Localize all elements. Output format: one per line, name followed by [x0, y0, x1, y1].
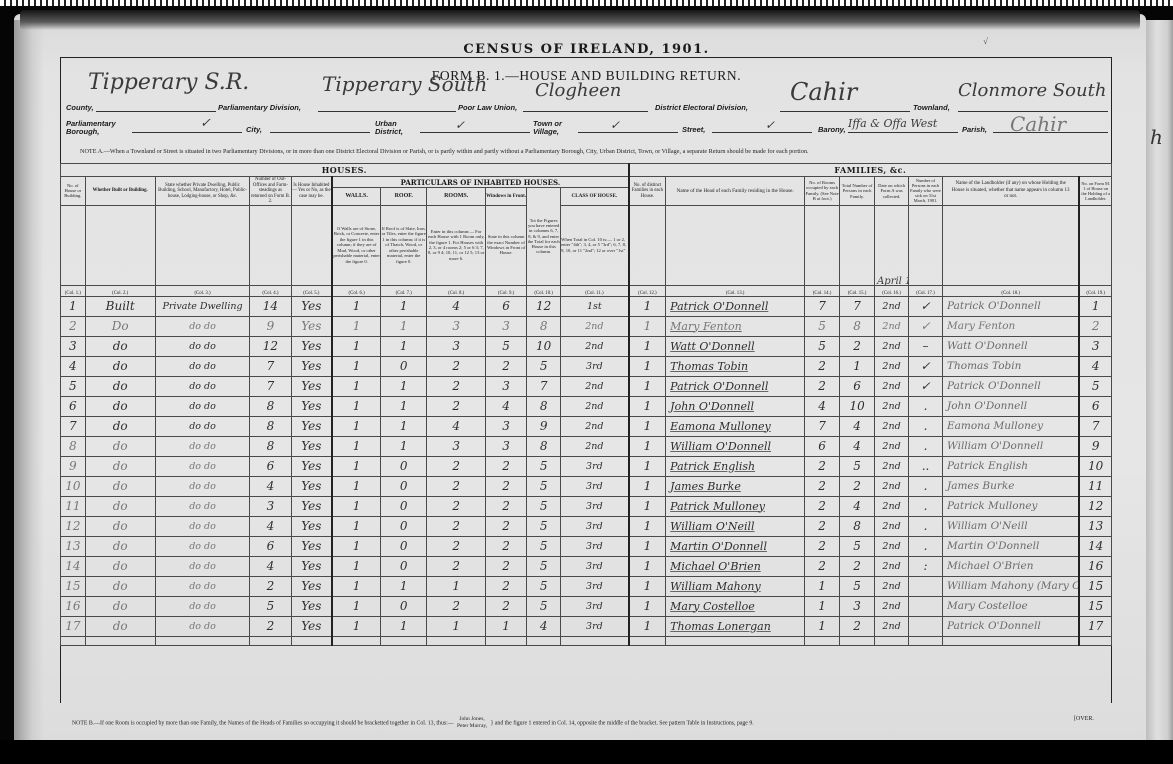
table-row: 15dodo do2Yes111253rd1William Mahony152n…: [61, 576, 1112, 596]
cell-no: 5: [61, 376, 86, 396]
cell-offices: 8: [250, 396, 291, 416]
cell-head: Patrick O'Donnell: [666, 376, 805, 396]
cell-windows: 4: [486, 396, 527, 416]
cell-head: Mary Fenton: [666, 316, 805, 336]
cell-families: 1: [629, 496, 666, 516]
note-b: NOTE B.—If one Room is occupied by more …: [72, 716, 754, 730]
cell-date: 2nd: [875, 576, 909, 596]
street-value: ✓: [765, 118, 775, 132]
cell-inhabited: Yes: [291, 416, 332, 436]
note-a: NOTE A.—When a Townland or Street is sit…: [80, 148, 809, 155]
cell-date: 2nd: [875, 376, 909, 396]
cell-date: 2nd: [875, 336, 909, 356]
cell-roof: 0: [381, 456, 427, 476]
cell-form-m: 7: [1079, 416, 1111, 436]
col-number-3: (Col. 3.): [155, 285, 250, 296]
col1-desc: No. of House or Building.: [61, 177, 86, 206]
top-shadow: [20, 10, 1140, 30]
table-row: 17dodo do2Yes111143rd1Thomas Lonergan122…: [61, 616, 1112, 636]
parish-value: Cahir: [1010, 112, 1066, 136]
townland-label: Townland,: [913, 104, 950, 112]
cell-state: do do: [155, 396, 250, 416]
cell-form-m: 16: [1079, 556, 1111, 576]
cell-head: William O'Neill: [666, 516, 805, 536]
empty-cell: [291, 636, 332, 645]
cell-date: 2nd: [875, 556, 909, 576]
cell-walls: 1: [332, 576, 380, 596]
cell-total: 5: [527, 476, 561, 496]
cell-head: Thomas Tobin: [666, 356, 805, 376]
empty-cell: [840, 636, 875, 645]
cell-date: 2nd: [875, 616, 909, 636]
col14-desc: No. of Rooms occupied by each Family. (S…: [805, 177, 840, 206]
cell-landholder: Eamona Mulloney: [942, 416, 1079, 436]
cell-landholder: Watt O'Donnell: [942, 336, 1079, 356]
col-number-9: (Col. 9.): [486, 285, 527, 296]
census-table: HOUSES. FAMILIES, &c. No. of House or Bu…: [60, 163, 1112, 646]
poor-law-union-label: Poor Law Union,: [458, 104, 517, 112]
col17-spacer: [909, 205, 943, 285]
empty-cell: [942, 636, 1079, 645]
ded-label: District Electoral Division,: [655, 104, 748, 112]
barony-value: Iffa & Offa West: [848, 117, 937, 130]
cell-built: do: [85, 436, 155, 456]
col3-spacer: [155, 205, 250, 285]
cell-head: Eamona Mulloney: [666, 416, 805, 436]
empty-cell: [61, 636, 86, 645]
cell-inhabited: Yes: [291, 556, 332, 576]
col2-spacer: [85, 205, 155, 285]
ded-line: [780, 111, 910, 112]
cell-head: Mary Costelloe: [666, 596, 805, 616]
col15-desc: Total Number of Persons in each Family.: [840, 177, 875, 206]
cell-roof: 1: [381, 396, 427, 416]
col9-desc: State in this column the exact Number of…: [486, 205, 527, 285]
col-number-7: (Col. 7.): [381, 285, 427, 296]
col13-desc: Name of the Head of each Family residing…: [666, 177, 805, 206]
cell-inhabited: Yes: [291, 436, 332, 456]
cell-persons: 5: [840, 456, 875, 476]
cell-sick: .: [909, 416, 943, 436]
cell-walls: 1: [332, 556, 380, 576]
cell-persons: 8: [840, 316, 875, 336]
cell-families: 1: [629, 316, 666, 336]
cell-walls: 1: [332, 356, 380, 376]
street-line: [712, 132, 812, 133]
col-number-4: (Col. 4.): [250, 285, 291, 296]
cell-rooms: 2: [427, 556, 486, 576]
cell-date: 2nd: [875, 356, 909, 376]
cell-offices: 2: [250, 576, 291, 596]
cell-date: 2nd: [875, 596, 909, 616]
cell-no: 8: [61, 436, 86, 456]
cell-form-m: 15: [1079, 596, 1111, 616]
col-number-13: (Col. 13.): [666, 285, 805, 296]
cell-no: 17: [61, 616, 86, 636]
cell-persons: 2: [840, 336, 875, 356]
cell-landholder: Mary Fenton: [942, 316, 1079, 336]
cell-date: 2nd: [875, 316, 909, 336]
cell-date: 2nd: [875, 456, 909, 476]
cell-state: do do: [155, 456, 250, 476]
cell-roof: 1: [381, 436, 427, 456]
table-row: 13dodo do6Yes102253rd1Martin O'Donnell25…: [61, 536, 1112, 556]
col-number-1: (Col. 1.): [61, 285, 86, 296]
cell-windows: 3: [486, 376, 527, 396]
cell-landholder: William Mahony (Mary Costelloe): [942, 576, 1079, 596]
col-number-11: (Col. 11.): [561, 285, 629, 296]
col18-desc: Name of the Landholder (if any) on whose…: [942, 177, 1079, 206]
col-number-17: (Col. 17.): [909, 285, 943, 296]
town-village-line: [578, 132, 678, 133]
cell-walls: 1: [332, 476, 380, 496]
cell-state: do do: [155, 336, 250, 356]
cell-windows: 1: [486, 616, 527, 636]
col16-spacer: April 1901: [875, 205, 909, 285]
cell-inhabited: Yes: [291, 336, 332, 356]
cell-families: 1: [629, 516, 666, 536]
cell-inhabited: Yes: [291, 396, 332, 416]
cell-inhabited: Yes: [291, 616, 332, 636]
cell-families: 1: [629, 376, 666, 396]
col19-spacer: [1079, 205, 1111, 285]
cell-families: 1: [629, 596, 666, 616]
cell-persons: 7: [840, 296, 875, 316]
col-number-15: (Col. 15.): [840, 285, 875, 296]
col-number-2: (Col. 2.): [85, 285, 155, 296]
cell-state: do do: [155, 556, 250, 576]
cell-state: do do: [155, 496, 250, 516]
cell-persons: 8: [840, 516, 875, 536]
cell-offices: 7: [250, 376, 291, 396]
cell-class: 3rd: [561, 616, 629, 636]
families-header: FAMILIES, &c.: [629, 164, 1112, 177]
cell-class: 3rd: [561, 556, 629, 576]
parliamentary-borough-label: Parliamentary Borough,: [66, 120, 126, 136]
col4-spacer: [250, 205, 291, 285]
cell-landholder: Mary Costelloe: [942, 596, 1079, 616]
cell-rooms: 2: [427, 536, 486, 556]
parish-label: Parish,: [962, 126, 987, 134]
empty-cell: [909, 636, 943, 645]
cell-built: do: [85, 576, 155, 596]
cell-no: 12: [61, 516, 86, 536]
cell-head: James Burke: [666, 476, 805, 496]
cell-windows: 3: [486, 436, 527, 456]
cell-class: 3rd: [561, 576, 629, 596]
cell-offices: 2: [250, 616, 291, 636]
cell-built: do: [85, 496, 155, 516]
cell-total: 5: [527, 556, 561, 576]
poor-law-union-line: [523, 111, 648, 112]
cell-state: do do: [155, 596, 250, 616]
cell-offices: 3: [250, 496, 291, 516]
cell-built: do: [85, 356, 155, 376]
table-row: 6dodo do8Yes112482nd1John O'Donnell4102n…: [61, 396, 1112, 416]
cell-built: Do: [85, 316, 155, 336]
cell-date: 2nd: [875, 536, 909, 556]
cell-class: 3rd: [561, 536, 629, 556]
cell-families: 1: [629, 336, 666, 356]
col18-spacer: [942, 205, 1079, 285]
col5-desc: Is House Inhabited — Yes or No, as the c…: [291, 177, 332, 206]
cell-date: 2nd: [875, 416, 909, 436]
cell-class: 3rd: [561, 456, 629, 476]
cell-built: do: [85, 516, 155, 536]
cell-total: 5: [527, 356, 561, 376]
cell-windows: 3: [486, 416, 527, 436]
cell-offices: 12: [250, 336, 291, 356]
cell-head: Thomas Lonergan: [666, 616, 805, 636]
cell-rooms: 2: [427, 396, 486, 416]
cell-date: 2nd: [875, 296, 909, 316]
cell-persons: 1: [840, 356, 875, 376]
cell-offices: 8: [250, 436, 291, 456]
table-row: 8dodo do8Yes113382nd1William O'Donnell64…: [61, 436, 1112, 456]
col6-desc: If Walls are of Stone, Brick, or Concret…: [332, 205, 380, 285]
cell-built: Built: [85, 296, 155, 316]
cell-walls: 1: [332, 536, 380, 556]
table-row: 14dodo do4Yes102253rd1Michael O'Brien222…: [61, 556, 1112, 576]
urban-district-label: Urban District,: [375, 120, 415, 136]
cell-rooms: 4: [427, 416, 486, 436]
col-number-16: (Col. 16.): [875, 285, 909, 296]
cell-persons: 5: [840, 536, 875, 556]
cell-walls: 1: [332, 436, 380, 456]
cell-offices: 7: [250, 356, 291, 376]
col14-spacer: [805, 205, 840, 285]
cell-head: Martin O'Donnell: [666, 536, 805, 556]
cell-families: 1: [629, 536, 666, 556]
cell-no: 11: [61, 496, 86, 516]
col-number-5: (Col. 5.): [291, 285, 332, 296]
cell-windows: 2: [486, 456, 527, 476]
scan-border: [0, 0, 1173, 6]
cell-roof: 0: [381, 356, 427, 376]
cell-windows: 2: [486, 516, 527, 536]
cell-no: 15: [61, 576, 86, 596]
cell-rooms: 2: [427, 516, 486, 536]
cell-windows: 2: [486, 476, 527, 496]
col1-spacer: [61, 205, 86, 285]
cell-rooms-occ: 6: [805, 436, 840, 456]
cell-total: 9: [527, 416, 561, 436]
margin-mark: h: [1150, 125, 1163, 149]
cell-rooms-occ: 1: [805, 576, 840, 596]
cell-persons: 10: [840, 396, 875, 416]
county-label: County,: [66, 104, 94, 112]
cell-rooms: 2: [427, 356, 486, 376]
cell-no: 6: [61, 396, 86, 416]
cell-families: 1: [629, 576, 666, 596]
table-row: 9dodo do6Yes102253rd1Patrick English252n…: [61, 456, 1112, 476]
empty-cell: [629, 636, 666, 645]
cell-total: 8: [527, 316, 561, 336]
col-number-12: (Col. 12.): [629, 285, 666, 296]
cell-walls: 1: [332, 456, 380, 476]
cell-total: 5: [527, 536, 561, 556]
col15-spacer: [840, 205, 875, 285]
cell-sick: [909, 616, 943, 636]
cell-inhabited: Yes: [291, 476, 332, 496]
cell-date: 2nd: [875, 496, 909, 516]
cell-windows: 2: [486, 576, 527, 596]
cell-form-m: 2: [1079, 316, 1111, 336]
city-line: [270, 132, 370, 133]
empty-cell: [527, 636, 561, 645]
cell-persons: 4: [840, 416, 875, 436]
empty-cell: [666, 636, 805, 645]
cell-sick: ✓: [909, 376, 943, 396]
class-header: CLASS OF HOUSE.: [561, 188, 629, 206]
cell-inhabited: Yes: [291, 316, 332, 336]
empty-cell: [332, 636, 380, 645]
cell-total: 5: [527, 596, 561, 616]
empty-cell: [875, 636, 909, 645]
cell-offices: 6: [250, 456, 291, 476]
cell-persons: 6: [840, 376, 875, 396]
cell-sick: –: [909, 336, 943, 356]
cell-form-m: 17: [1079, 616, 1111, 636]
cell-inhabited: Yes: [291, 496, 332, 516]
cell-rooms: 3: [427, 316, 486, 336]
urban-district-line: [420, 132, 530, 133]
cell-rooms: 3: [427, 336, 486, 356]
cell-roof: 1: [381, 416, 427, 436]
cell-class: 3rd: [561, 356, 629, 376]
cell-head: Patrick English: [666, 456, 805, 476]
particulars-header: PARTICULARS OF INHABITED HOUSES.: [332, 177, 628, 188]
urban-district-value: ✓: [455, 118, 465, 132]
cell-state: do do: [155, 416, 250, 436]
cell-offices: 6: [250, 536, 291, 556]
cell-inhabited: Yes: [291, 596, 332, 616]
rooms-header: ROOMS.: [427, 188, 486, 206]
cell-walls: 1: [332, 616, 380, 636]
cell-roof: 0: [381, 496, 427, 516]
cell-total: 4: [527, 616, 561, 636]
cell-families: 1: [629, 416, 666, 436]
cell-total: 8: [527, 396, 561, 416]
empty-cell: [1079, 636, 1111, 645]
cell-walls: 1: [332, 316, 380, 336]
cell-landholder: Patrick Mulloney: [942, 496, 1079, 516]
cell-walls: 1: [332, 516, 380, 536]
empty-cell: [85, 636, 155, 645]
cell-class: 2nd: [561, 396, 629, 416]
cell-offices: 9: [250, 316, 291, 336]
cell-roof: 0: [381, 596, 427, 616]
cell-sick: [909, 576, 943, 596]
cell-persons: 4: [840, 436, 875, 456]
barony-line: [848, 132, 958, 133]
cell-state: Private Dwelling: [155, 296, 250, 316]
bottom-border: [0, 740, 1173, 764]
town-village-label: Town or Village,: [533, 120, 573, 136]
cell-no: 1: [61, 296, 86, 316]
cell-sick: .: [909, 476, 943, 496]
cell-total: 12: [527, 296, 561, 316]
table-row: 4dodo do7Yes102253rd1Thomas Tobin212nd✓T…: [61, 356, 1112, 376]
cell-rooms-occ: 2: [805, 536, 840, 556]
cell-persons: 2: [840, 616, 875, 636]
cell-head: William Mahony: [666, 576, 805, 596]
cell-form-m: 5: [1079, 376, 1111, 396]
col-number-6: (Col. 6.): [332, 285, 380, 296]
cell-form-m: 13: [1079, 516, 1111, 536]
cell-head: Patrick O'Donnell: [666, 296, 805, 316]
cell-rooms-occ: 1: [805, 616, 840, 636]
cell-rooms-occ: 2: [805, 476, 840, 496]
cell-no: 9: [61, 456, 86, 476]
empty-cell: [155, 636, 250, 645]
cell-sick: .: [909, 516, 943, 536]
cell-no: 2: [61, 316, 86, 336]
cell-class: 2nd: [561, 316, 629, 336]
cell-sick: ..: [909, 456, 943, 476]
cell-rooms: 2: [427, 376, 486, 396]
cell-built: do: [85, 336, 155, 356]
cell-state: do do: [155, 476, 250, 496]
cell-families: 1: [629, 356, 666, 376]
cell-sick: .: [909, 496, 943, 516]
cell-inhabited: Yes: [291, 376, 332, 396]
cell-class: 3rd: [561, 596, 629, 616]
table-row: 3dodo do12Yes1135102nd1Watt O'Donnell522…: [61, 336, 1112, 356]
binding-shadow: [14, 20, 44, 740]
houses-header: HOUSES.: [61, 164, 629, 177]
parliamentary-division-value: Tipperary South: [322, 72, 487, 96]
cell-rooms: 2: [427, 476, 486, 496]
table-row: 16dodo do5Yes102253rd1Mary Costelloe132n…: [61, 596, 1112, 616]
cell-landholder: Martin O'Donnell: [942, 536, 1079, 556]
cell-windows: 2: [486, 536, 527, 556]
cell-walls: 1: [332, 336, 380, 356]
cell-rooms-occ: 2: [805, 556, 840, 576]
cell-head: Watt O'Donnell: [666, 336, 805, 356]
cell-windows: 3: [486, 316, 527, 336]
cell-built: do: [85, 376, 155, 396]
cell-built: do: [85, 456, 155, 476]
cell-no: 13: [61, 536, 86, 556]
cell-roof: 1: [381, 576, 427, 596]
cell-no: 3: [61, 336, 86, 356]
cell-rooms-occ: 2: [805, 356, 840, 376]
cell-head: Patrick Mulloney: [666, 496, 805, 516]
col5-spacer: [291, 205, 332, 285]
parliamentary-division-line: [318, 111, 456, 112]
cell-head: Michael O'Brien: [666, 556, 805, 576]
over-marker: [OVER.: [1074, 716, 1094, 722]
cell-roof: 1: [381, 316, 427, 336]
cell-persons: 2: [840, 556, 875, 576]
cell-inhabited: Yes: [291, 516, 332, 536]
cell-inhabited: Yes: [291, 536, 332, 556]
cell-persons: 2: [840, 476, 875, 496]
cell-form-m: 9: [1079, 436, 1111, 456]
cell-no: 10: [61, 476, 86, 496]
table-row: 7dodo do8Yes114392nd1Eamona Mulloney742n…: [61, 416, 1112, 436]
cell-no: 16: [61, 596, 86, 616]
cell-rooms-occ: 2: [805, 516, 840, 536]
cell-inhabited: Yes: [291, 296, 332, 316]
cell-inhabited: Yes: [291, 356, 332, 376]
col10-desc: Tot the Figures you have entered in colu…: [527, 188, 561, 286]
cell-landholder: Patrick O'Donnell: [942, 616, 1079, 636]
col7-desc: If Roof is of Slate, Iron, or Tiles, ent…: [381, 205, 427, 285]
cell-landholder: Patrick O'Donnell: [942, 376, 1079, 396]
cell-built: do: [85, 536, 155, 556]
